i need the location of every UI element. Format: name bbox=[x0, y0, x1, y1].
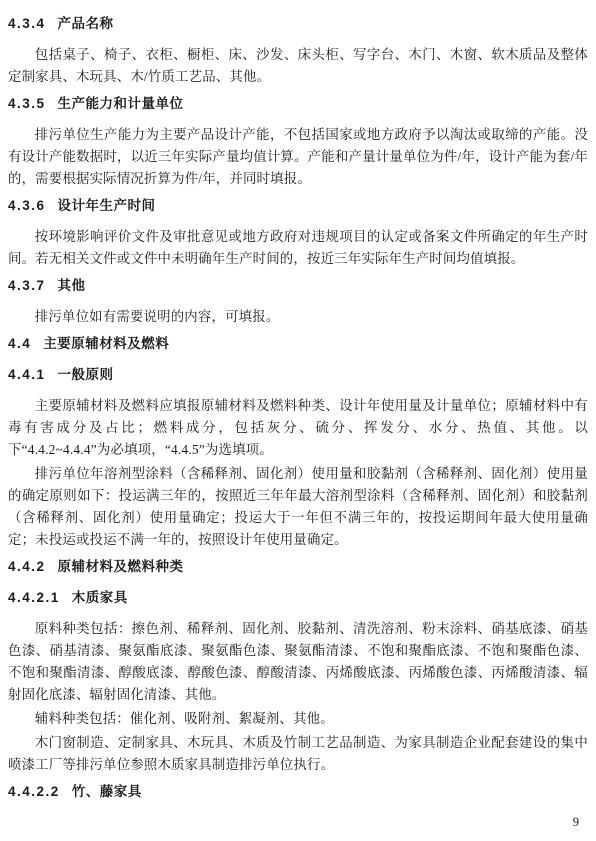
section-number: 4.4.2 bbox=[8, 556, 46, 578]
heading-4-4-2-2: 4.4.2.2竹、藤家具 bbox=[8, 781, 588, 803]
heading-4-3-4: 4.3.4产品名称 bbox=[8, 13, 588, 35]
section-number: 4.4.2.1 bbox=[8, 587, 60, 609]
heading-4-3-6: 4.3.6设计年生产时间 bbox=[8, 195, 588, 217]
heading-4-4: 4.4主要原辅材料及燃料 bbox=[8, 333, 588, 355]
heading-4-4-2: 4.4.2原辅材料及燃料种类 bbox=[8, 556, 588, 578]
heading-4-3-5: 4.3.5生产能力和计量单位 bbox=[8, 93, 588, 115]
page-number: 9 bbox=[573, 814, 579, 830]
section-number: 4.4 bbox=[8, 333, 31, 355]
paragraph-production-time: 按环境影响评价文件及审批意见或地方政府对违规项目的认定或备案文件所确定的年生产时… bbox=[8, 226, 588, 270]
heading-4-4-2-1: 4.4.2.1木质家具 bbox=[8, 587, 588, 609]
section-number: 4.3.7 bbox=[8, 275, 46, 297]
paragraph-products: 包括桌子、椅子、衣柜、橱柜、床、沙发、床头柜、写字台、木门、木窗、软木质品及整体… bbox=[8, 44, 588, 88]
paragraph-solvent-coating: 排污单位年溶剂型涂料（含稀释剂、固化剂）使用量和胶黏剂（含稀释剂、固化剂）使用量… bbox=[8, 463, 588, 551]
document-page: 4.3.4产品名称 包括桌子、椅子、衣柜、橱柜、床、沙发、床头柜、写字台、木门、… bbox=[0, 0, 596, 841]
section-title: 竹、藤家具 bbox=[72, 784, 142, 799]
paragraph-other: 排污单位如有需要说明的内容，可填报。 bbox=[8, 306, 588, 328]
paragraph-capacity: 排污单位生产能力为主要产品设计产能，不包括国家或地方政府予以淘汰或取缔的产能。没… bbox=[8, 124, 588, 190]
section-title: 主要原辅材料及燃料 bbox=[43, 336, 169, 351]
heading-4-3-7: 4.3.7其他 bbox=[8, 275, 588, 297]
section-title: 木质家具 bbox=[72, 590, 128, 605]
section-title: 其他 bbox=[58, 278, 86, 293]
section-number: 4.3.5 bbox=[8, 93, 46, 115]
paragraph-auxiliary-materials: 辅料种类包括：催化剂、吸附剂、絮凝剂、其他。 bbox=[8, 708, 588, 730]
section-title: 产品名称 bbox=[58, 16, 114, 31]
section-number: 4.4.2.2 bbox=[8, 781, 60, 803]
section-title: 一般原则 bbox=[58, 367, 114, 382]
section-title: 生产能力和计量单位 bbox=[58, 96, 184, 111]
paragraph-general-principles: 主要原辅材料及燃料应填报原辅材料及燃料种类、设计年使用量及计量单位；原辅材料中有… bbox=[8, 395, 588, 461]
section-title: 设计年生产时间 bbox=[58, 198, 156, 213]
section-title: 原辅材料及燃料种类 bbox=[58, 559, 184, 574]
heading-4-4-1: 4.4.1一般原则 bbox=[8, 364, 588, 386]
section-number: 4.3.4 bbox=[8, 13, 46, 35]
paragraph-reference-units: 木门窗制造、定制家具、木玩具、木质及竹制工艺品制造、为家具制造企业配套建设的集中… bbox=[8, 732, 588, 776]
section-number: 4.4.1 bbox=[8, 364, 46, 386]
section-number: 4.3.6 bbox=[8, 195, 46, 217]
paragraph-wood-raw-materials: 原料种类包括：擦色剂、稀释剂、固化剂、胶黏剂、清洗溶剂、粉末涂料、硝基底漆、硝基… bbox=[8, 618, 588, 706]
